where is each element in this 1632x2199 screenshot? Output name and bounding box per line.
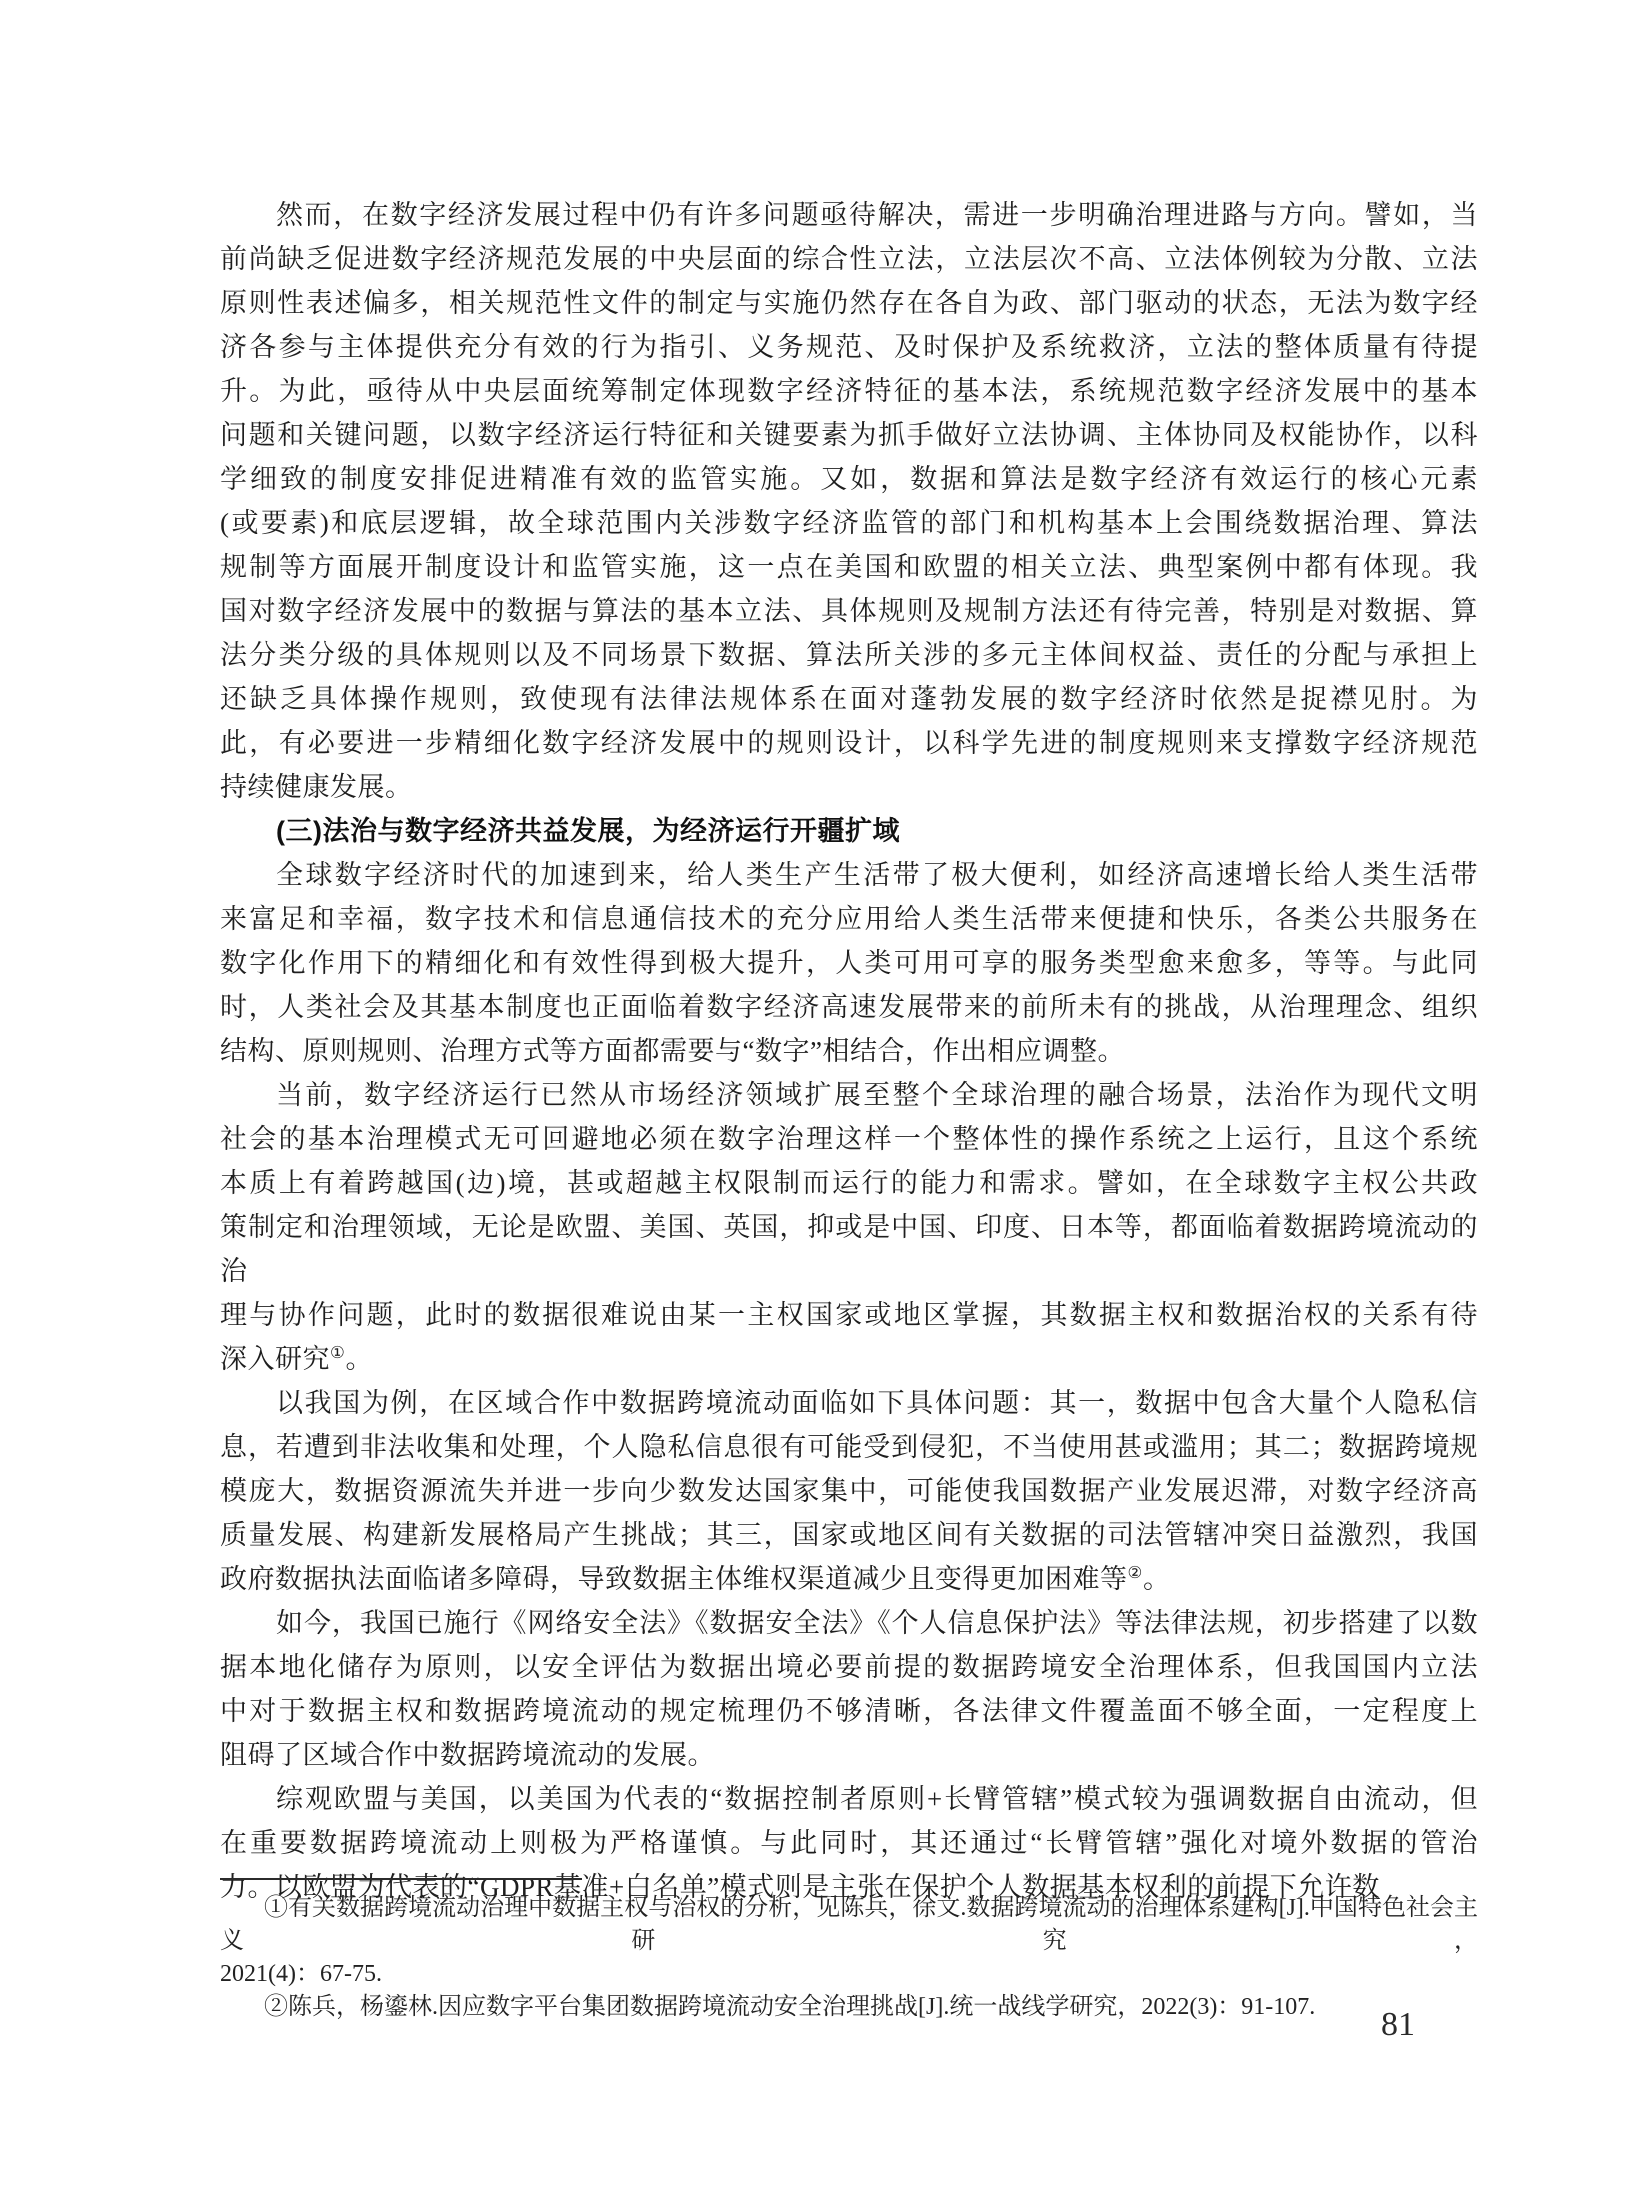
para-china-laws: 如今，我国已施行《网络安全法》《数据安全法》《个人信息保护法》等法律法规，初步搭… (220, 1601, 1478, 1777)
para-digital-era-benefits: 全球数字经济时代的加速到来，给人类生产生活带了极大便利，如经济高速增长给人类生活… (220, 853, 1478, 1073)
text-line: 然而，在数字经济发展过程中仍有许多问题亟待解决，需进一步明确治理进路与方向。譬如… (220, 193, 1478, 237)
footnote-2: ②陈兵，杨鎏林.因应数字平台集团数据跨境流动安全治理挑战[J].统一战线学研究，… (220, 1991, 1478, 2024)
para-global-governance: 当前，数字经济运行已然从市场经济领域扩展至整个全球治理的融合场景，法治作为现代文… (220, 1073, 1478, 1381)
text-line: 据本地化储存为原则，以安全评估为数据出境必要前提的数据跨境安全治理体系，但我国国… (220, 1645, 1478, 1689)
text-line: 政府数据执法面临诸多障碍，导致数据主体维权渠道减少且变得更加困难等②。 (220, 1557, 1478, 1601)
page-number: 81 (1381, 2006, 1415, 2044)
text-line: (三)法治与数字经济共益发展，为经济运行开疆扩域 (220, 809, 1478, 853)
text-line: 法分类分级的具体规则以及不同场景下数据、算法所关涉的多元主体间权益、责任的分配与… (220, 633, 1478, 677)
text-line: 济各参与主体提供充分有效的行为指引、义务规范、及时保护及系统救济，立法的整体质量… (220, 325, 1478, 369)
footnote-list: ①有关数据跨境流动治理中数据主权与治权的分析，见陈兵，徐文.数据跨境流动的治理体… (220, 1892, 1478, 2024)
text-line: 国对数字经济发展中的数据与算法的基本立法、具体规则及规制方法还有待完善，特别是对… (220, 589, 1478, 633)
text-line: 以我国为例，在区域合作中数据跨境流动面临如下具体问题：其一，数据中包含大量个人隐… (220, 1381, 1478, 1425)
text-line: 2021(4)：67-75. (220, 1958, 1478, 1991)
text-line: 质量发展、构建新发展格局产生挑战；其三，国家或地区间有关数据的司法管辖冲突日益激… (220, 1513, 1478, 1557)
main-text: 然而，在数字经济发展过程中仍有许多问题亟待解决，需进一步明确治理进路与方向。譬如… (220, 193, 1478, 1909)
text-line: 息，若遭到非法收集和处理，个人隐私信息很有可能受到侵犯，不当使用甚或滥用；其二；… (220, 1425, 1478, 1469)
text-line: 本质上有着跨越国(边)境，甚或超越主权限制而运行的能力和需求。譬如，在全球数字主… (220, 1161, 1478, 1205)
text-line: 中对于数据主权和数据跨境流动的规定梳理仍不够清晰，各法律文件覆盖面不够全面，一定… (220, 1689, 1478, 1733)
text-line: 持续健康发展。 (220, 765, 1478, 809)
text-line: 前尚缺乏促进数字经济规范发展的中央层面的综合性立法，立法层次不高、立法体例较为分… (220, 237, 1478, 281)
text-line: 数字化作用下的精细化和有效性得到极大提升，人类可用可享的服务类型愈来愈多，等等。… (220, 941, 1478, 985)
text-line: 全球数字经济时代的加速到来，给人类生产生活带了极大便利，如经济高速增长给人类生活… (220, 853, 1478, 897)
text-line: 此，有必要进一步精细化数字经济发展中的规则设计，以科学先进的制度规则来支撑数字经… (220, 721, 1478, 765)
para-china-problems: 以我国为例，在区域合作中数据跨境流动面临如下具体问题：其一，数据中包含大量个人隐… (220, 1381, 1478, 1601)
text-line: 阻碍了区域合作中数据跨境流动的发展。 (220, 1733, 1478, 1777)
text-line: 原则性表述偏多，相关规范性文件的制定与实施仍然存在各自为政、部门驱动的状态，无法… (220, 281, 1478, 325)
text-line: 学细致的制度安排促进精准有效的监管实施。又如，数据和算法是数字经济有效运行的核心… (220, 457, 1478, 501)
text-line: 规制等方面展开制度设计和监管实施，这一点在美国和欧盟的相关立法、典型案例中都有体… (220, 545, 1478, 589)
footnote-separator (220, 1878, 582, 1880)
text-line: 结构、原则规则、治理方式等方面都需要与“数字”相结合，作出相应调整。 (220, 1029, 1478, 1073)
text-line: 如今，我国已施行《网络安全法》《数据安全法》《个人信息保护法》等法律法规，初步搭… (220, 1601, 1478, 1645)
text-line: 社会的基本治理模式无可回避地必须在数字治理这样一个整体性的操作系统之上运行，且这… (220, 1117, 1478, 1161)
text-line: 问题和关键问题，以数字经济运行特征和关键要素为抓手做好立法协调、主体协同及权能协… (220, 413, 1478, 457)
document-page: 然而，在数字经济发展过程中仍有许多问题亟待解决，需进一步明确治理进路与方向。譬如… (0, 0, 1632, 2199)
text-line: 来富足和幸福，数字技术和信息通信技术的充分应用给人类生活带来便捷和快乐，各类公共… (220, 897, 1478, 941)
text-line: 深入研究①。 (220, 1337, 1478, 1381)
text-line: 升。为此，亟待从中央层面统筹制定体现数字经济特征的基本法，系统规范数字经济发展中… (220, 369, 1478, 413)
text-line: 策制定和治理领域，无论是欧盟、美国、英国，抑或是中国、印度、日本等，都面临着数据… (220, 1205, 1478, 1293)
text-line: 理与协作问题，此时的数据很难说由某一主权国家或地区掌握，其数据主权和数据治权的关… (220, 1293, 1478, 1337)
para-governance-problems: 然而，在数字经济发展过程中仍有许多问题亟待解决，需进一步明确治理进路与方向。譬如… (220, 193, 1478, 809)
footnote-ref: ② (1128, 1563, 1144, 1582)
text-line: ①有关数据跨境流动治理中数据主权与治权的分析，见陈兵，徐文.数据跨境流动的治理体… (220, 1892, 1478, 1958)
text-line: 时，人类社会及其基本制度也正面临着数字经济高速发展带来的前所未有的挑战，从治理理… (220, 985, 1478, 1029)
text-line: 综观欧盟与美国，以美国为代表的“数据控制者原则+长臂管辖”模式较为强调数据自由流… (220, 1777, 1478, 1821)
text-line: ②陈兵，杨鎏林.因应数字平台集团数据跨境流动安全治理挑战[J].统一战线学研究，… (220, 1991, 1478, 2024)
footnote-ref: ① (330, 1343, 346, 1362)
text-line: 还缺乏具体操作规则，致使现有法律法规体系在面对蓬勃发展的数字经济时依然是捉襟见肘… (220, 677, 1478, 721)
text-line: 当前，数字经济运行已然从市场经济领域扩展至整个全球治理的融合场景，法治作为现代文… (220, 1073, 1478, 1117)
text-line: (或要素)和底层逻辑，故全球范围内关涉数字经济监管的部门和机构基本上会围绕数据治… (220, 501, 1478, 545)
section-heading: (三)法治与数字经济共益发展，为经济运行开疆扩域 (220, 809, 1478, 853)
footnotes-section: ①有关数据跨境流动治理中数据主权与治权的分析，见陈兵，徐文.数据跨境流动的治理体… (220, 1878, 1478, 2024)
text-line: 模庞大，数据资源流失并进一步向少数发达国家集中，可能使我国数据产业发展迟滞，对数… (220, 1469, 1478, 1513)
footnote-1: ①有关数据跨境流动治理中数据主权与治权的分析，见陈兵，徐文.数据跨境流动的治理体… (220, 1892, 1478, 1991)
text-line: 在重要数据跨境流动上则极为严格谨慎。与此同时，其还通过“长臂管辖”强化对境外数据… (220, 1821, 1478, 1865)
